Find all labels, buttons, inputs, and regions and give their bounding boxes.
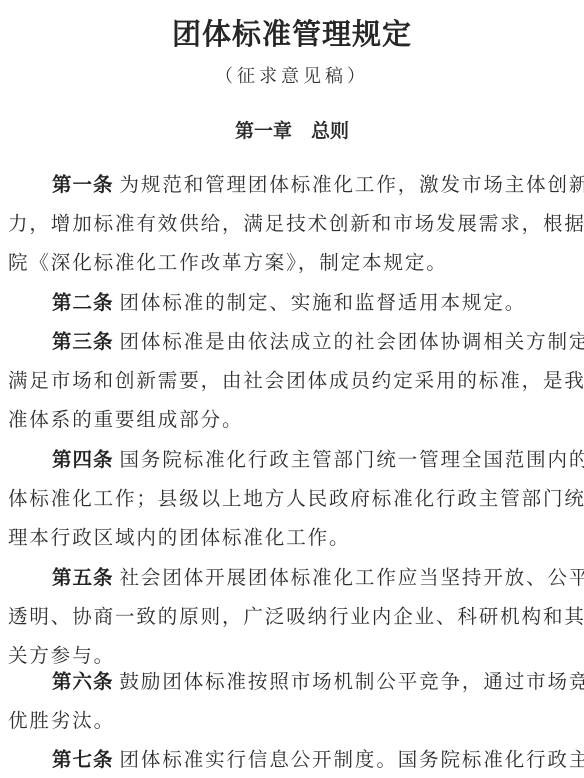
article-3-label: 第三条 <box>52 330 114 353</box>
article-text: 国务院标准化行政主管部门统一管理全国范围内的团 <box>120 448 584 471</box>
article-6-line-1: 第六条鼓励团体标准按照市场机制公平竞争，通过市场竞争 <box>52 670 578 694</box>
document-page: 团体标准管理规定 （征求意见稿） 第一章 总则 第一条为规范和管理团体标准化工作… <box>0 0 584 778</box>
article-3-line-2: 满足市场和创新需要，由社会团体成员约定采用的标准，是我国标 <box>8 369 578 393</box>
article-text: 团体标准实行信息公开制度。国务院标准化行政主管 <box>120 748 584 771</box>
article-4-label: 第四条 <box>52 448 114 471</box>
article-4-line-1: 第四条国务院标准化行政主管部门统一管理全国范围内的团 <box>52 448 578 472</box>
article-2-line-1: 第二条团体标准的制定、实施和监督适用本规定。 <box>52 291 578 315</box>
article-4-line-2: 体标准化工作；县级以上地方人民政府标准化行政主管部门统一管 <box>8 487 578 511</box>
article-1-line-3: 院《深化标准化工作改革方案》，制定本规定。 <box>8 251 578 275</box>
article-2-label: 第二条 <box>52 291 114 314</box>
article-7-line-1: 第七条团体标准实行信息公开制度。国务院标准化行政主管 <box>52 748 578 772</box>
document-subtitle: （征求意见稿） <box>0 62 584 88</box>
article-text: 社会团体开展团体标准化工作应当坚持开放、公平、 <box>120 566 584 589</box>
article-4-line-3: 理本行政区域内的团体标准化工作。 <box>8 526 578 550</box>
article-text: 为规范和管理团体标准化工作，激发市场主体创新活 <box>120 173 584 196</box>
article-6-line-2: 优胜劣汰。 <box>8 709 578 733</box>
chapter-heading: 第一章 总则 <box>0 116 584 143</box>
article-1-label: 第一条 <box>52 173 114 196</box>
article-3-line-3: 准体系的重要组成部分。 <box>8 408 578 432</box>
article-5-label: 第五条 <box>52 566 114 589</box>
article-text: 团体标准的制定、实施和监督适用本规定。 <box>120 291 527 314</box>
article-3-line-1: 第三条团体标准是由依法成立的社会团体协调相关方制定， <box>52 330 578 354</box>
article-text: 团体标准是由依法成立的社会团体协调相关方制定， <box>120 330 584 353</box>
article-text: 鼓励团体标准按照市场机制公平竞争，通过市场竞争 <box>120 670 584 693</box>
article-7-label: 第七条 <box>52 748 114 771</box>
article-5-line-3: 关方参与。 <box>8 644 578 668</box>
article-5-line-1: 第五条社会团体开展团体标准化工作应当坚持开放、公平、 <box>52 566 578 590</box>
article-1-line-2: 力，增加标准有效供给，满足技术创新和市场发展需求，根据国务 <box>8 212 578 236</box>
article-5-line-2: 透明、协商一致的原则，广泛吸纳行业内企业、科研机构和其他相 <box>8 605 578 629</box>
article-6-label: 第六条 <box>52 670 114 693</box>
document-title: 团体标准管理规定 <box>0 12 584 53</box>
article-1-line-1: 第一条为规范和管理团体标准化工作，激发市场主体创新活 <box>52 173 578 197</box>
